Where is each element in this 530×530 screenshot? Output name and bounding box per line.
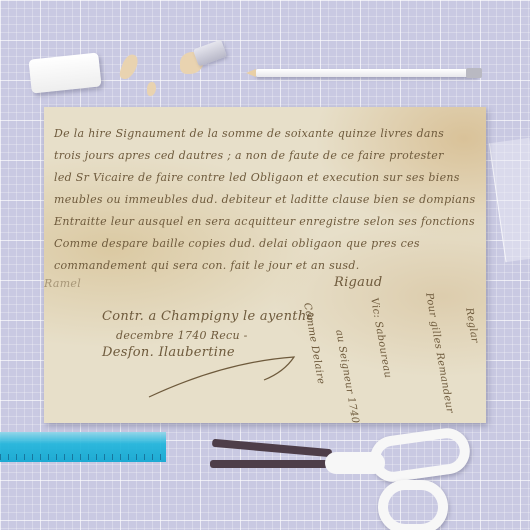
manuscript-line: led Sr Vicaire de faire contre led Oblig… xyxy=(54,171,460,184)
vertical-note: Pour gilles Remandeur xyxy=(423,292,455,414)
scissor-pivot xyxy=(325,452,385,474)
scissor-blade xyxy=(210,460,328,468)
manuscript-line: meubles ou immeubles dud. debiteur et la… xyxy=(54,193,476,206)
vertical-note: Reglar xyxy=(463,307,480,344)
manuscript-line: trois jours apres ced dautres ; a non de… xyxy=(54,149,444,162)
manuscript-line: De la hire Signaument de la somme de soi… xyxy=(54,127,444,140)
eraser xyxy=(28,52,101,93)
scissor-handle xyxy=(378,480,448,530)
pencil xyxy=(256,69,478,77)
registration-note: Contr. a Champigny le ayenthe xyxy=(102,309,315,324)
vertical-note: Vic: Saboureau xyxy=(368,297,393,379)
manuscript-line: Entraitte leur ausquel en sera acquitteu… xyxy=(54,215,475,228)
registration-note: decembre 1740 Recu - xyxy=(116,329,248,342)
signature-flourish xyxy=(144,352,304,402)
manuscript-line: commandement qui sera con. fait le jour … xyxy=(54,259,360,272)
vertical-note: au Seigneur 1740 xyxy=(333,329,360,423)
manuscript-document: De la hire Signaument de la somme de soi… xyxy=(44,107,486,423)
margin-note: Ramel xyxy=(44,277,81,290)
ruler xyxy=(0,432,166,462)
manuscript-line: Comme despare baille copies dud. delai o… xyxy=(54,237,420,250)
ruler-ticks xyxy=(0,454,166,460)
signature: Rigaud xyxy=(334,275,383,290)
vertical-note: Comme Delaire xyxy=(301,302,326,385)
